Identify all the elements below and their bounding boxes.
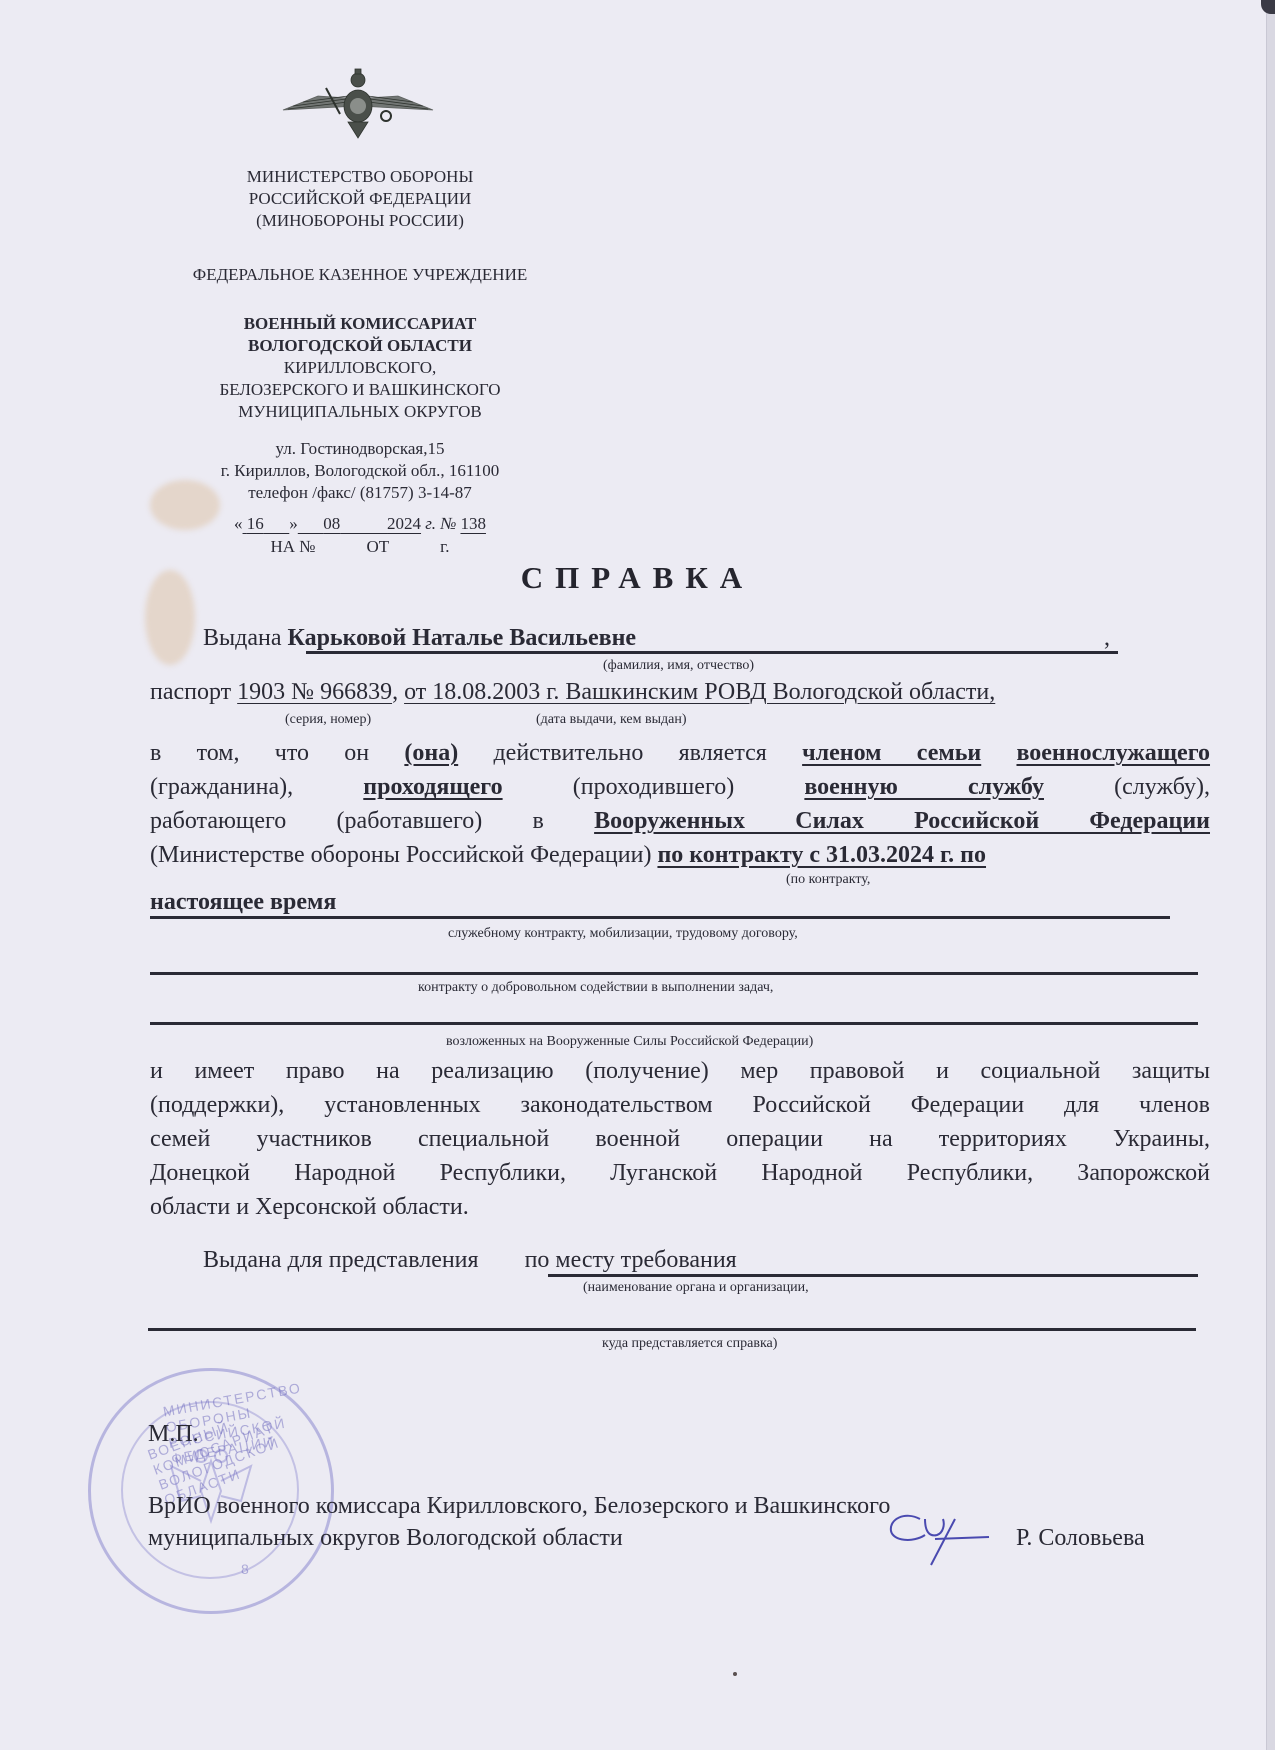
org-name-bold: ВОЕННЫЙ КОМИССАРИАТ ВОЛОГОДСКОЙ ОБЛАСТИ xyxy=(150,313,570,357)
signer-position-2: муниципальных округов Вологодской област… xyxy=(148,1524,623,1552)
passport-issued: от 18.08.2003 г. Вашкинским РОВД Вологод… xyxy=(404,679,995,705)
passport-line: паспорт 1903 № 966839, от 18.08.2003 г. … xyxy=(150,678,995,706)
speck xyxy=(733,1672,737,1676)
body-line-1: в том, что он (она) действительно являет… xyxy=(150,736,1210,770)
page-corner xyxy=(1261,0,1275,14)
presentation-line: Выдана для представления по месту требов… xyxy=(203,1246,737,1274)
name-underline xyxy=(306,651,1118,654)
body-line-4: (Министерстве обороны Российской Федерац… xyxy=(150,838,1210,872)
signer-position-1: ВрИО военного комиссара Кирилловского, Б… xyxy=(148,1492,890,1520)
passport-number: 1903 № 966839 xyxy=(237,679,392,705)
document-title: СПРАВКА xyxy=(0,560,1275,596)
ministry-emblem-icon xyxy=(278,66,438,146)
name-caption: (фамилия, имя, отчество) xyxy=(603,658,754,674)
org-name-districts: КИРИЛЛОВСКОГО, БЕЛОЗЕРСКОГО И ВАШКИНСКОГ… xyxy=(150,357,570,423)
issue-date-line: « 16 » 08 2024 г. № 138 xyxy=(150,513,570,535)
recipient-name: Карьковой Наталье Васильевне xyxy=(288,625,637,651)
rights-line-5: области и Херсонской области. xyxy=(150,1190,1210,1224)
contract-until: настоящее время xyxy=(150,888,336,916)
contract-start: по контракту с 31.03.2024 г. по xyxy=(657,842,986,868)
signer-name: Р. Соловьева xyxy=(1016,1524,1145,1552)
rights-line-4: Донецкой Народной Республики, Луганской … xyxy=(150,1156,1210,1190)
institution-type: ФЕДЕРАЛЬНОЕ КАЗЕННОЕ УЧРЕЖДЕНИЕ xyxy=(150,264,570,286)
rights-line-3: семей участников специальной военной опе… xyxy=(150,1122,1210,1156)
rule xyxy=(150,916,1170,919)
signature-scribble-icon xyxy=(885,1505,995,1575)
rights-line-1: и имеет право на реализацию (получение) … xyxy=(150,1054,1210,1088)
org-address: ул. Гостинодворская,15 г. Кириллов, Воло… xyxy=(150,438,570,504)
rule xyxy=(150,1022,1198,1025)
rule xyxy=(548,1274,1198,1277)
body-line-2: (гражданина), проходящего (проходившего)… xyxy=(150,770,1210,804)
body-line-3: работающего (работавшего) в Вооруженных … xyxy=(150,804,1210,838)
official-stamp: МИНИСТЕРСТВО ОБОРОНЫ РОССИЙСКОЙ ФЕДЕРАЦИ… xyxy=(88,1368,334,1614)
rule xyxy=(148,1328,1196,1331)
rule xyxy=(150,972,1198,975)
page-edge xyxy=(1266,0,1275,1750)
stamp-place: М.П. xyxy=(148,1420,199,1448)
ministry-name: МИНИСТЕРСТВО ОБОРОНЫ РОССИЙСКОЙ ФЕДЕРАЦИ… xyxy=(150,166,570,232)
reference-line: НА № ОТ г. xyxy=(150,536,570,558)
presentation-value: по месту требования xyxy=(525,1247,737,1273)
issued-to-line: Выдана Карьковой Наталье Васильевне xyxy=(203,624,636,652)
rights-line-2: (поддержки), установленных законодательс… xyxy=(150,1088,1210,1122)
